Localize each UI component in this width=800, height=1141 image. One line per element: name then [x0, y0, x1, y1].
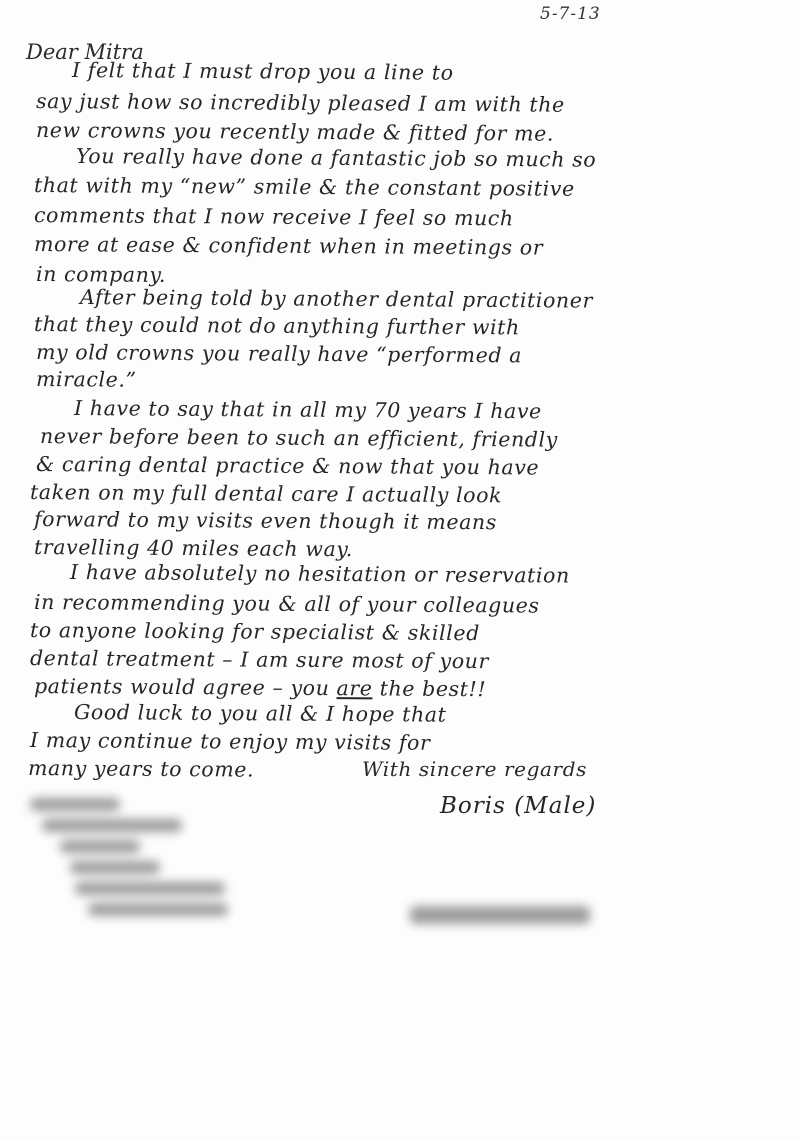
body-line: many years to come.	[28, 756, 254, 782]
body-line: miracle.”	[36, 367, 137, 392]
body-line: say just how so incredibly pleased I am …	[36, 89, 565, 117]
underlined-word: are	[336, 676, 372, 700]
body-line-text: patients would agree – you	[34, 674, 330, 700]
redacted-phone	[410, 898, 590, 932]
body-line: that they could not do anything further …	[34, 312, 520, 339]
body-line: my old crowns you really have “performed…	[36, 340, 522, 367]
body-line: After being told by another dental pract…	[80, 285, 593, 313]
signature: Boris (Male)	[440, 793, 596, 819]
body-line: in recommending you & all of your collea…	[34, 590, 540, 618]
letter-page: 5-7-13 Dear Mitra I felt that I must dro…	[0, 0, 800, 1141]
body-line: Good luck to you all & I hope that	[74, 700, 447, 727]
letter-date: 5-7-13	[540, 4, 601, 24]
body-line: I may continue to enjoy my visits for	[30, 728, 431, 755]
body-line: new crowns you recently made & fitted fo…	[36, 118, 554, 146]
body-line: comments that I now receive I feel so mu…	[34, 203, 514, 230]
body-line-end: the best!!	[372, 676, 486, 701]
body-line: travelling 40 miles each way.	[34, 535, 353, 561]
body-line: taken on my full dental care I actually …	[30, 480, 502, 507]
body-line: that with my “new” smile & the constant …	[34, 173, 575, 201]
body-line: forward to my visits even though it mean…	[34, 507, 497, 534]
body-line: I have absolutely no hesitation or reser…	[70, 560, 570, 587]
body-line: to anyone looking for specialist & skill…	[30, 618, 480, 645]
body-line: I have to say that in all my 70 years I …	[74, 396, 542, 423]
body-line: patients would agree – you are the best!…	[34, 674, 486, 701]
body-line: in company.	[36, 262, 166, 287]
body-line: You really have done a fantastic job so …	[76, 144, 596, 172]
redacted-address	[30, 790, 228, 924]
body-line: never before been to such an efficient, …	[40, 424, 558, 452]
body-line: more at ease & confident when in meeting…	[34, 232, 543, 260]
body-line: I felt that I must drop you a line to	[72, 58, 454, 85]
body-line: dental treatment – I am sure most of you…	[30, 646, 489, 673]
closing: With sincere regards	[362, 757, 587, 781]
body-line: & caring dental practice & now that you …	[36, 452, 539, 480]
